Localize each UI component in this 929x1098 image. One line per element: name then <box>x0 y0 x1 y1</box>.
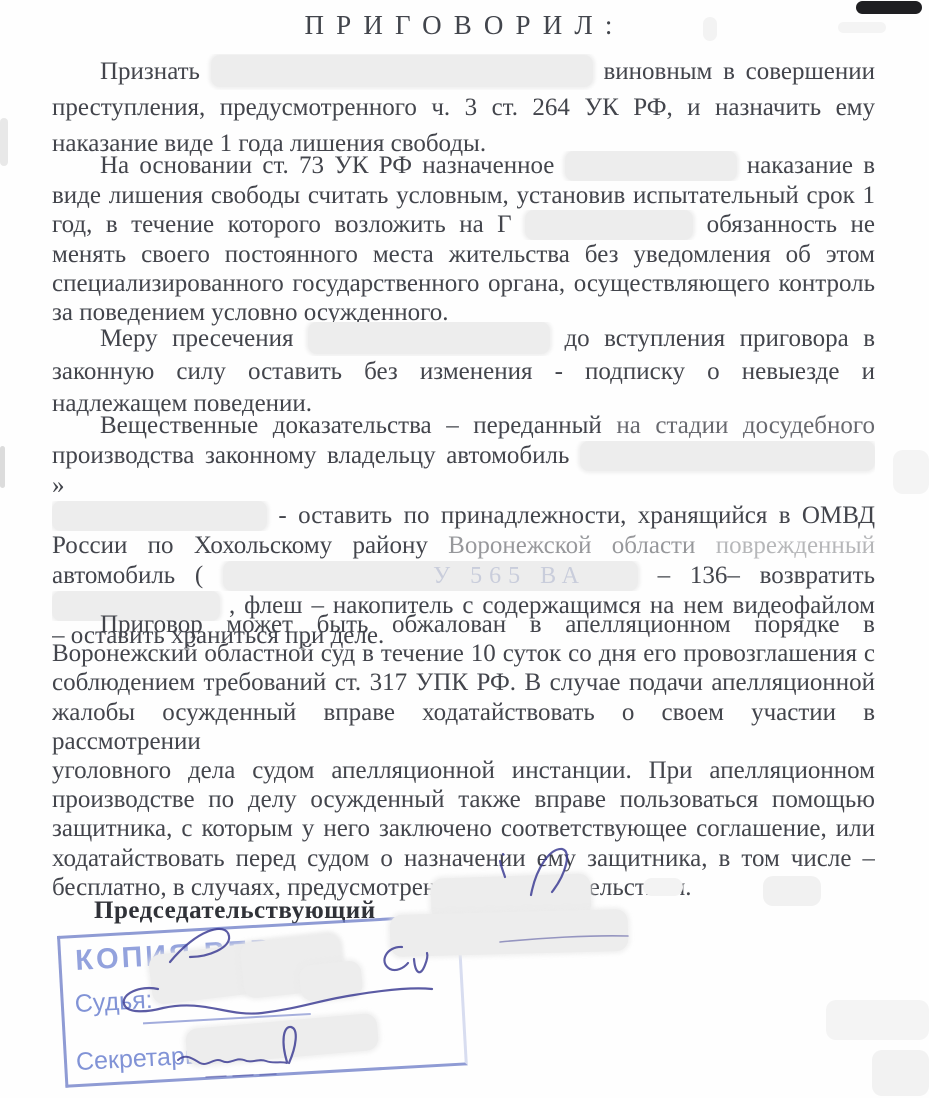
document-title: ПРИГОВОРИЛ: <box>0 10 929 41</box>
text-segment: уголовного дела судом апелляционной инст… <box>52 757 875 784</box>
text-segment: производстве по делу осужденный также вп… <box>52 786 875 813</box>
scan-smudge <box>826 1000 929 1040</box>
text-segment: наказание в <box>747 152 875 179</box>
redaction-blob <box>525 210 693 240</box>
text-line: Приговор может быть обжалован в апелляци… <box>52 610 875 639</box>
text-segment: год, в течение которого возложить на Г <box>52 211 525 238</box>
scan-smudge <box>703 17 717 41</box>
text-segment: России по Хохольскому району <box>52 532 448 559</box>
corner-redaction-mark <box>856 1 922 14</box>
text-segment: законную силу оставить без изменения - п… <box>52 358 875 385</box>
paragraph-restraint-measure: Меру пресечения до вступления приговора … <box>52 322 875 421</box>
faint-redacted-text: У 565 ВА <box>433 561 586 591</box>
redaction-blob <box>565 151 737 181</box>
text-segment: Приговор может быть обжалован в апелляци… <box>100 611 875 638</box>
text-segment: » <box>52 472 65 499</box>
text-segment: на стадии досудебного <box>616 412 875 439</box>
text-line: Вещественные доказательства – переданный… <box>52 411 875 441</box>
text-line: Воронежский областной суд в течение 10 с… <box>52 639 875 668</box>
text-line: виде лишения свободы считать условным, у… <box>52 181 875 210</box>
text-segment: виде лишения свободы считать условным, у… <box>52 182 875 209</box>
text-segment: Меру пресечения <box>100 325 308 352</box>
redaction-blob <box>308 322 550 354</box>
text-segment: обязанность не <box>707 211 875 238</box>
scan-smudge <box>643 878 683 896</box>
stamp-judge-label: Судья: <box>74 986 153 1019</box>
scan-smudge <box>838 22 886 33</box>
redaction-blob: У 565 ВА <box>223 561 638 591</box>
stamp-redaction-blob <box>298 960 363 1002</box>
paragraph-appeal: Приговор может быть обжалован в апелляци… <box>52 610 875 902</box>
text-segment: специализированного государственного орг… <box>52 270 875 297</box>
text-line: Меру пресечения до вступления приговора … <box>52 322 875 356</box>
text-line: производстве по делу осужденный также вп… <box>52 785 875 814</box>
text-segment: защитника, с которым у него заключено со… <box>52 815 875 842</box>
text-segment: На основании ст. 73 УК РФ назначенное <box>100 152 565 179</box>
paragraph-sentence: Признать виновным в совершении преступле… <box>52 54 875 162</box>
text-line: законную силу оставить без изменения - п… <box>52 356 875 389</box>
text-line: специализированного государственного орг… <box>52 269 875 298</box>
signature-redaction-blob <box>389 909 628 957</box>
text-segment: Воронежский областной суд в течение 10 с… <box>52 640 875 667</box>
text-line: соблюдением требований ст. 317 УПК РФ. В… <box>52 668 875 697</box>
text-line: - оставить по принадлежности, хранящийся… <box>52 501 875 531</box>
scan-smudge <box>0 446 5 488</box>
text-segment: - оставить по принадлежности, хранящийся… <box>278 502 875 529</box>
text-segment: менять своего постоянного места жительст… <box>52 241 875 268</box>
scan-smudge <box>872 1050 929 1096</box>
text-segment: автомобиль ( <box>52 562 223 589</box>
text-segment: до вступления приговора в <box>564 325 875 352</box>
scan-smudge <box>0 118 8 166</box>
text-segment: соблюдением требований ст. 317 УПК РФ. В… <box>52 669 875 696</box>
text-segment: Признать <box>100 58 211 85</box>
text-line: защитника, с которым у него заключено со… <box>52 814 875 843</box>
text-segment: Вещественные доказательства – переданный <box>100 412 616 439</box>
text-segment: производства законному владельцу автомоб… <box>52 442 580 469</box>
text-line: жалобы осужденный вправе ходатайствовать… <box>52 698 875 756</box>
scan-smudge <box>763 876 821 906</box>
scanned-court-document: ПРИГОВОРИЛ: Признать виновным в совершен… <box>0 0 929 1098</box>
text-segment: Воронежской области <box>448 532 716 559</box>
redaction-blob <box>580 441 875 471</box>
text-line: преступления, предусмотренного ч. 3 ст. … <box>52 90 875 126</box>
text-segment: – 136– возвратить <box>658 562 875 589</box>
redaction-blob <box>211 55 593 87</box>
text-segment: виновным в совершении <box>604 58 876 85</box>
scan-smudge <box>893 450 929 494</box>
redaction-blob <box>52 501 267 531</box>
text-line: ходатайствовать перед судом о назначении… <box>52 844 875 873</box>
text-line: уголовного дела судом апелляционной инст… <box>52 756 875 785</box>
text-segment: поврежденный <box>716 532 875 559</box>
text-line: менять своего постоянного места жительст… <box>52 240 875 269</box>
text-segment: преступления, предусмотренного ч. 3 ст. … <box>52 94 875 121</box>
paragraph-probation: На основании ст. 73 УК РФ назначенное на… <box>52 151 875 327</box>
text-segment: ходатайствовать перед судом о назначении… <box>52 845 875 872</box>
text-line: Признать виновным в совершении <box>52 54 875 90</box>
text-segment: жалобы осужденный вправе ходатайствовать… <box>52 699 875 755</box>
text-line: год, в течение которого возложить на Г о… <box>52 210 875 240</box>
text-line: автомобиль ( У 565 ВА – 136– возвратить <box>52 561 875 591</box>
text-line: России по Хохольскому району Воронежской… <box>52 531 875 561</box>
text-line: На основании ст. 73 УК РФ назначенное на… <box>52 151 875 181</box>
text-line: производства законному владельцу автомоб… <box>52 441 875 501</box>
